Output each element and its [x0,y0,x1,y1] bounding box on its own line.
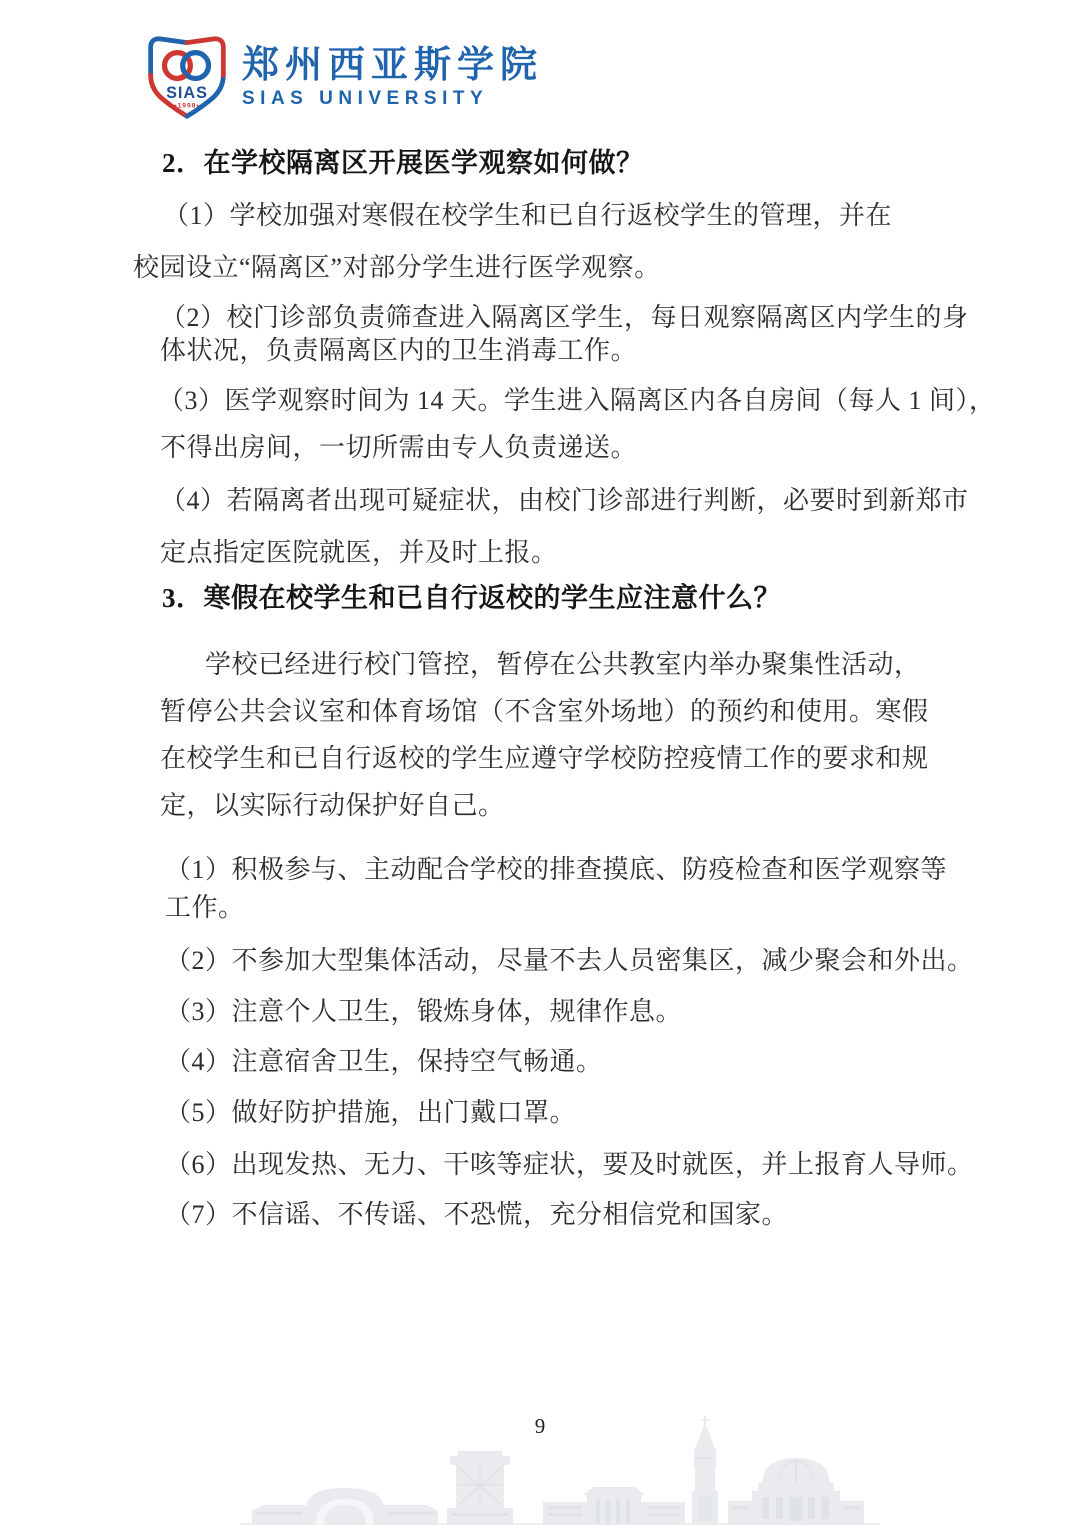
section2-heading: 2．在学校隔离区开展医学观察如何做？ [162,148,644,178]
section2-item1-line1: （1）学校加强对寒假在校学生和已自行返校学生的管理，并在 [163,201,892,231]
section3-heading: 3．寒假在校学生和已自行返校的学生应注意什么？ [162,583,781,613]
section3-item5: （5）做好防护措施，出门戴口罩。 [165,1098,576,1128]
section2-item1-line2: 校园设立“隔离区”对部分学生进行医学观察。 [133,253,661,283]
document-page: SIAS •1998• 郑州西亚斯学院 SIAS UNIVERSITY 2．在学… [0,0,1080,1528]
section3-item4: （4）注意宿舍卫生，保持空气畅通。 [165,1047,603,1077]
section2-item3-line2: 不得出房间，一切所需由专人负责递送。 [160,433,637,463]
section3-item7: （7）不信谣、不传谣、不恐慌，充分相信党和国家。 [165,1200,788,1230]
section3-intro-line4: 定，以实际行动保护好自己。 [160,791,505,821]
section3-item3: （3）注意个人卫生，锻炼身体，规律作息。 [165,997,682,1027]
section3-intro-line2: 暂停公共会议室和体育场馆（不含室外场地）的预约和使用。寒假 [160,697,929,727]
section2-item2-line1: （2）校门诊部负责筛查进入隔离区学生，每日观察隔离区内学生的身 [160,303,969,333]
section2-item3-line1: （3）医学观察时间为 14 天。学生进入隔离区内各自房间（每人 1 间）， [158,386,996,416]
section2-item4-line2: 定点指定医院就医，并及时上报。 [160,538,558,568]
section2-item2-line2: 体状况，负责隔离区内的卫生消毒工作。 [160,336,637,366]
section3-intro-line3: 在校学生和已自行返校的学生应遵守学校防控疫情工作的要求和规 [160,744,929,774]
section3-item6: （6）出现发热、无力、干咳等症状，要及时就医，并上报育人导师。 [165,1150,974,1180]
section3-item2: （2）不参加大型集体活动，尽量不去人员密集区，减少聚会和外出。 [165,946,974,976]
document-body: 2．在学校隔离区开展医学观察如何做？ （1）学校加强对寒假在校学生和已自行返校学… [0,0,1080,1528]
section2-item4-line1: （4）若隔离者出现可疑症状，由校门诊部进行判断，必要时到新郑市 [160,486,969,516]
section3-item1-line1: （1）积极参与、主动配合学校的排查摸底、防疫检查和医学观察等 [165,855,947,885]
section3-intro-line1: 学校已经进行校门管控，暂停在公共教室内举办聚集性活动， [205,650,921,680]
section3-item1-line2: 工作。 [165,893,245,923]
campus-skyline-watermark [0,1413,1080,1528]
